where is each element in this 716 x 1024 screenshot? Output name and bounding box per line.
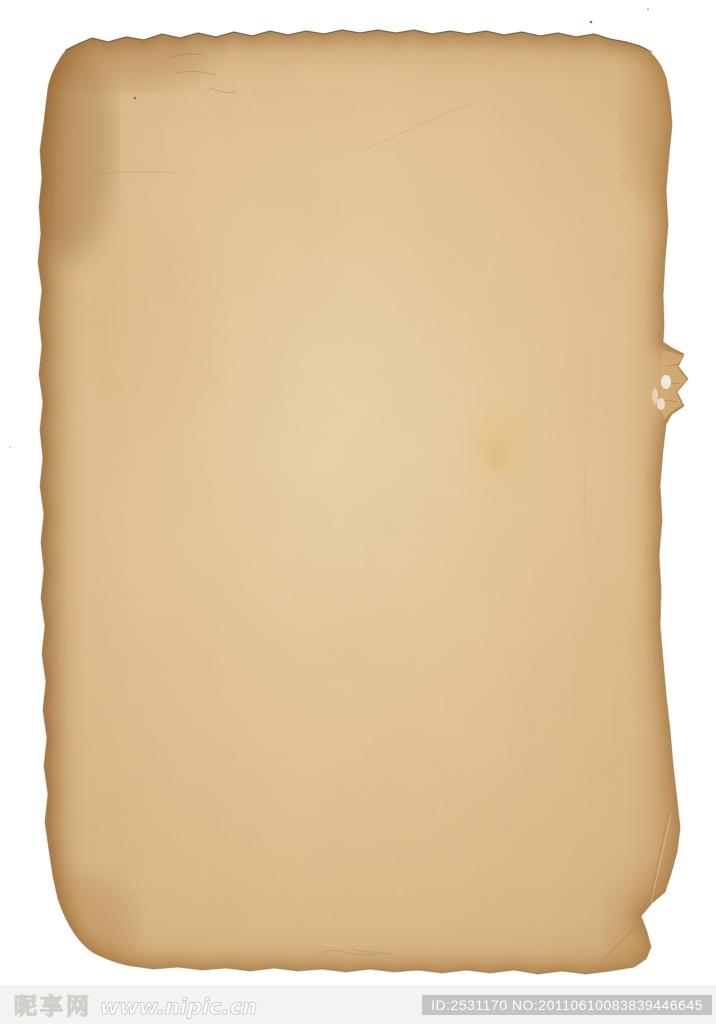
nipic-logo-text: 昵享网 <box>14 988 92 1021</box>
scan-page: 昵享网 www.nipic.cn ID:2531170 NO:201106100… <box>0 0 716 1024</box>
old-paper-sheet <box>0 0 716 1024</box>
paper-texture <box>30 25 690 980</box>
watermark-bar: 昵享网 www.nipic.cn ID:2531170 NO:201106100… <box>0 985 716 1024</box>
nipic-site-url: www.nipic.cn <box>100 995 257 1019</box>
nipic-logo: 昵享网 www.nipic.cn <box>14 988 257 1021</box>
image-id-badge: ID:2531170 NO:20110610083839446645 <box>422 995 712 1015</box>
